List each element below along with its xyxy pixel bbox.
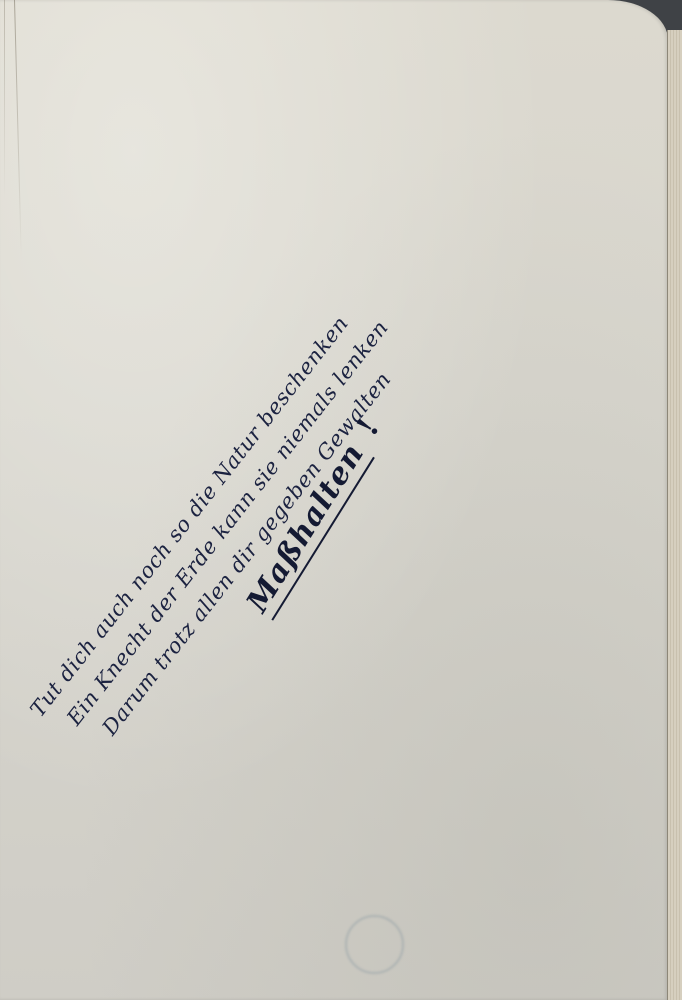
stacked-page-edges — [667, 30, 682, 1000]
verse-line-2: Ein Knecht der Erde kann sie niemals len… — [58, 313, 397, 733]
page-crease-edge — [4, 0, 5, 200]
handwritten-verse: Tut dich auch noch so die Natur beschenk… — [40, 292, 424, 743]
verse-line-3: Darum trotz allen dir gegeben Gewalten — [94, 334, 424, 743]
page-crease — [14, 0, 22, 260]
ink-stain — [345, 915, 404, 974]
book-page: Tut dich auch noch so die Natur beschenk… — [0, 0, 668, 1000]
